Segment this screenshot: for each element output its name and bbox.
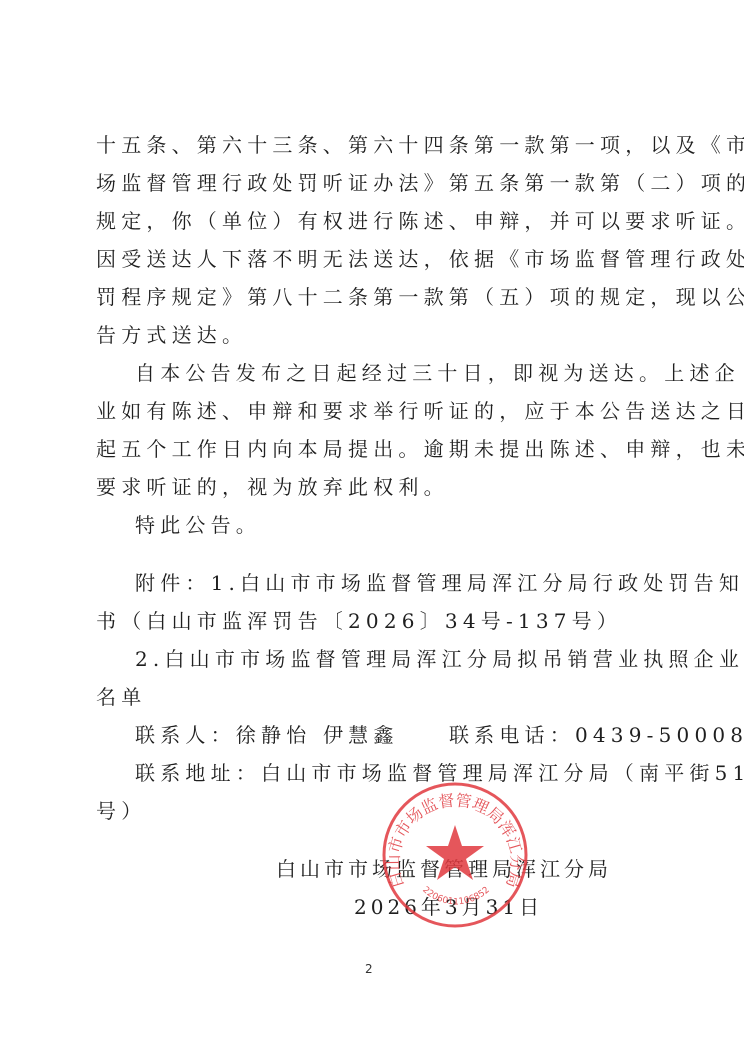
page-number: 2 xyxy=(365,962,373,976)
contact-address: 联系地址：白山市市场监督管理局浑江分局（南平街513 xyxy=(135,761,744,785)
text-line: 规定，你（单位）有权进行陈述、申辩，并可以要求听证。 xyxy=(96,209,744,233)
attachment-1: 附件：1.白山市市场监督管理局浑江分局行政处罚告知 xyxy=(135,571,744,595)
text-line: 告方式送达。 xyxy=(96,323,247,347)
text-line: 业如有陈述、申辩和要求举行听证的，应于本公告送达之日 xyxy=(96,399,744,423)
closing-text: 特此公告。 xyxy=(135,513,261,537)
attachment-2-cont: 名单 xyxy=(96,685,146,709)
text-line: 要求听证的，视为放弃此权利。 xyxy=(96,475,449,499)
text-line: 罚程序规定》第八十二条第一款第（五）项的规定，现以公 xyxy=(96,285,744,309)
text-line: 场监督管理行政处罚听证办法》第五条第一款第（二）项的 xyxy=(96,171,744,195)
signature-date: 2026年3月31日 xyxy=(354,895,543,919)
attachment-2: 2.白山市市场监督管理局浑江分局拟吊销营业执照企业 xyxy=(135,647,744,671)
signature-organization: 白山市市场监督管理局浑江分局 xyxy=(276,857,612,881)
contact-address-cont: 号） xyxy=(96,799,146,823)
attachment-1-cont: 书（白山市监浑罚告〔2026〕34号-137号） xyxy=(96,609,622,633)
contact-persons: 联系人：徐静怡 伊慧鑫 联系电话：0439-5000870 xyxy=(135,723,744,747)
text-line: 因受送达人下落不明无法送达，依据《市场监督管理行政处 xyxy=(96,247,744,271)
text-line: 自本公告发布之日起经过三十日，即视为送达。上述企 xyxy=(135,361,740,385)
text-line: 起五个工作日内向本局提出。逾期未提出陈述、申辩，也未 xyxy=(96,437,744,461)
text-line: 十五条、第六十三条、第六十四条第一款第一项，以及《市 xyxy=(96,133,744,157)
